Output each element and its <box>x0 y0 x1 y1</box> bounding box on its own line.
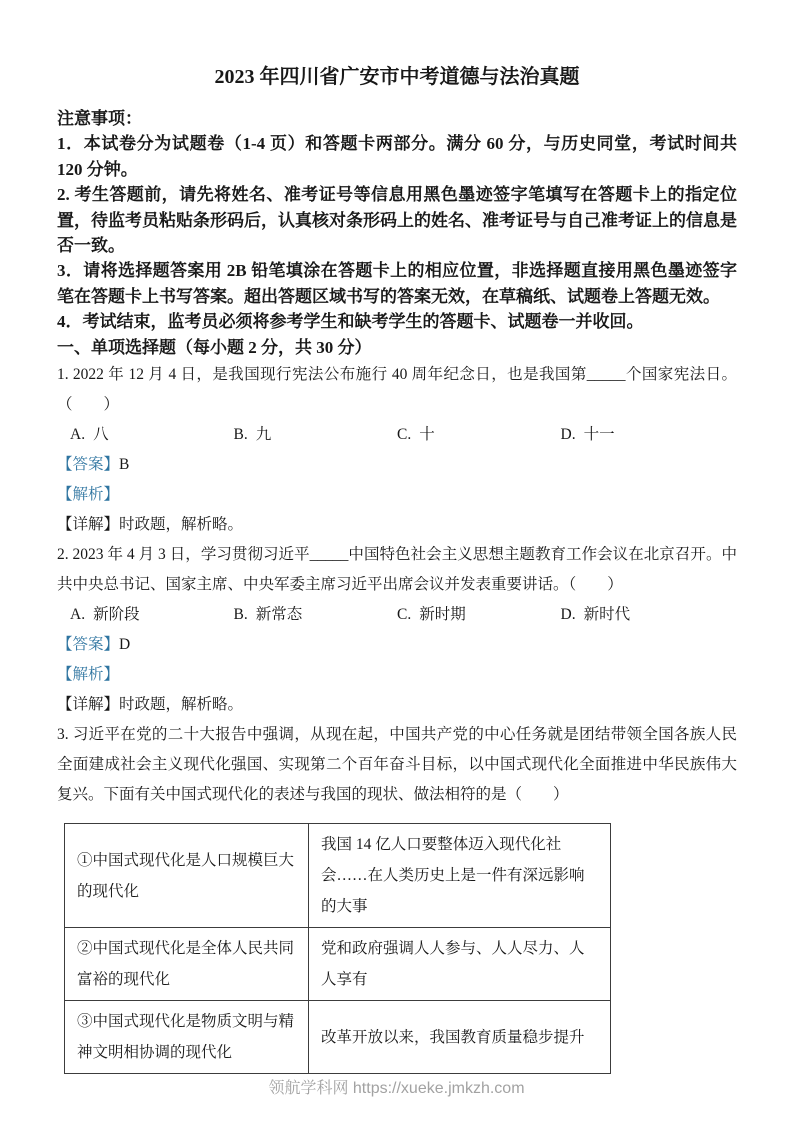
question-2-answer-line: 【答案】D <box>57 630 737 660</box>
question-1-detail-line: 【详解】时政题，解析略。 <box>57 510 737 540</box>
detail-text: 时政题，解析略。 <box>119 696 243 713</box>
option-a-label: A. <box>70 606 85 623</box>
option-a: A.八 <box>70 420 234 450</box>
analysis-label: 【解析】 <box>57 486 119 503</box>
detail-label: 【详解】 <box>57 516 119 533</box>
option-c-label: C. <box>397 606 411 623</box>
option-a: A.新阶段 <box>70 600 234 630</box>
detail-label: 【详解】 <box>57 696 119 713</box>
question-2: 2. 2023 年 4 月 3 日，学习贯彻习近平_____中国特色社会主义思想… <box>57 540 737 720</box>
table-cell-fact-3: 改革开放以来，我国教育质量稳步提升 <box>309 1001 611 1074</box>
question-1-options: A.八 B.九 C.十 D.十一 <box>57 420 737 450</box>
option-b-text: 九 <box>256 426 272 443</box>
comparison-table: ①中国式现代化是人口规模巨大的现代化 我国 14 亿人口要整体迈入现代化社会……… <box>64 823 611 1074</box>
option-d-label: D. <box>561 606 576 623</box>
option-d-text: 十一 <box>584 426 615 443</box>
table-cell-statement-3: ③中国式现代化是物质文明与精神文明相协调的现代化 <box>65 1001 309 1074</box>
option-c-text: 新时期 <box>419 606 466 623</box>
table-row: ②中国式现代化是全体人民共同富裕的现代化 党和政府强调人人参与、人人尽力、人人享… <box>65 928 611 1001</box>
option-b-label: B. <box>234 606 248 623</box>
document-page: 2023 年四川省广安市中考道德与法治真题 注意事项： 1．本试卷分为试题卷（1… <box>0 0 793 1122</box>
question-1-analysis-line: 【解析】 <box>57 480 737 510</box>
question-1: 1. 2022 年 12 月 4 日，是我国现行宪法公布施行 40 周年纪念日，… <box>57 360 737 540</box>
question-3: 3. 习近平在党的二十大报告中强调，从现在起，中国共产党的中心任务就是团结带领全… <box>57 720 737 1074</box>
option-c-label: C. <box>397 426 411 443</box>
answer-label: 【答案】 <box>57 636 119 653</box>
answer-value: D <box>119 636 130 653</box>
option-b-label: B. <box>234 426 248 443</box>
page-title: 2023 年四川省广安市中考道德与法治真题 <box>57 62 737 92</box>
option-c: C.十 <box>397 420 561 450</box>
question-2-options: A.新阶段 B.新常态 C.新时期 D.新时代 <box>57 600 737 630</box>
notice-heading: 注意事项： <box>57 106 737 131</box>
question-2-detail-line: 【详解】时政题，解析略。 <box>57 690 737 720</box>
notice-item-3: 3．请将选择题答案用 2B 铅笔填涂在答题卡上的相应位置，非选择题直接用黑色墨迹… <box>57 258 737 309</box>
option-d: D.新时代 <box>561 600 631 630</box>
option-b: B.九 <box>234 420 398 450</box>
answer-label: 【答案】 <box>57 456 119 473</box>
notice-item-4: 4．考试结束，监考员必须将参考学生和缺考学生的答题卡、试题卷一并收回。 <box>57 309 737 334</box>
notice-item-1: 1．本试卷分为试题卷（1-4 页）和答题卡两部分。满分 60 分，与历史同堂，考… <box>57 131 737 182</box>
table-cell-fact-2: 党和政府强调人人参与、人人尽力、人人享有 <box>309 928 611 1001</box>
table-row: ①中国式现代化是人口规模巨大的现代化 我国 14 亿人口要整体迈入现代化社会……… <box>65 824 611 928</box>
notice-section: 注意事项： 1．本试卷分为试题卷（1-4 页）和答题卡两部分。满分 60 分，与… <box>57 106 737 360</box>
notice-item-2: 2. 考生答题前，请先将姓名、准考证号等信息用黑色墨迹签字笔填写在答题卡上的指定… <box>57 182 737 258</box>
option-c: C.新时期 <box>397 600 561 630</box>
detail-text: 时政题，解析略。 <box>119 516 243 533</box>
answer-value: B <box>119 456 129 473</box>
question-2-stem: 2. 2023 年 4 月 3 日，学习贯彻习近平_____中国特色社会主义思想… <box>57 540 737 600</box>
option-a-text: 新阶段 <box>93 606 140 623</box>
table-row: ③中国式现代化是物质文明与精神文明相协调的现代化 改革开放以来，我国教育质量稳步… <box>65 1001 611 1074</box>
analysis-label: 【解析】 <box>57 666 119 683</box>
option-c-text: 十 <box>419 426 435 443</box>
table-cell-statement-2: ②中国式现代化是全体人民共同富裕的现代化 <box>65 928 309 1001</box>
option-d-text: 新时代 <box>584 606 631 623</box>
table-cell-statement-1: ①中国式现代化是人口规模巨大的现代化 <box>65 824 309 928</box>
question-3-stem: 3. 习近平在党的二十大报告中强调，从现在起，中国共产党的中心任务就是团结带领全… <box>57 720 737 810</box>
option-d-label: D. <box>561 426 576 443</box>
question-2-analysis-line: 【解析】 <box>57 660 737 690</box>
option-a-label: A. <box>70 426 85 443</box>
section-heading: 一、单项选择题（每小题 2 分，共 30 分） <box>57 335 737 360</box>
question-1-stem: 1. 2022 年 12 月 4 日，是我国现行宪法公布施行 40 周年纪念日，… <box>57 360 737 420</box>
option-a-text: 八 <box>93 426 109 443</box>
footer-watermark: 领航学科网 https://xueke.jmkzh.com <box>0 1075 793 1098</box>
question-1-answer-line: 【答案】B <box>57 450 737 480</box>
option-d: D.十一 <box>561 420 615 450</box>
table-cell-fact-1: 我国 14 亿人口要整体迈入现代化社会……在人类历史上是一件有深远影响的大事 <box>309 824 611 928</box>
option-b-text: 新常态 <box>256 606 303 623</box>
questions-area: 1. 2022 年 12 月 4 日，是我国现行宪法公布施行 40 周年纪念日，… <box>57 360 737 1074</box>
option-b: B.新常态 <box>234 600 398 630</box>
